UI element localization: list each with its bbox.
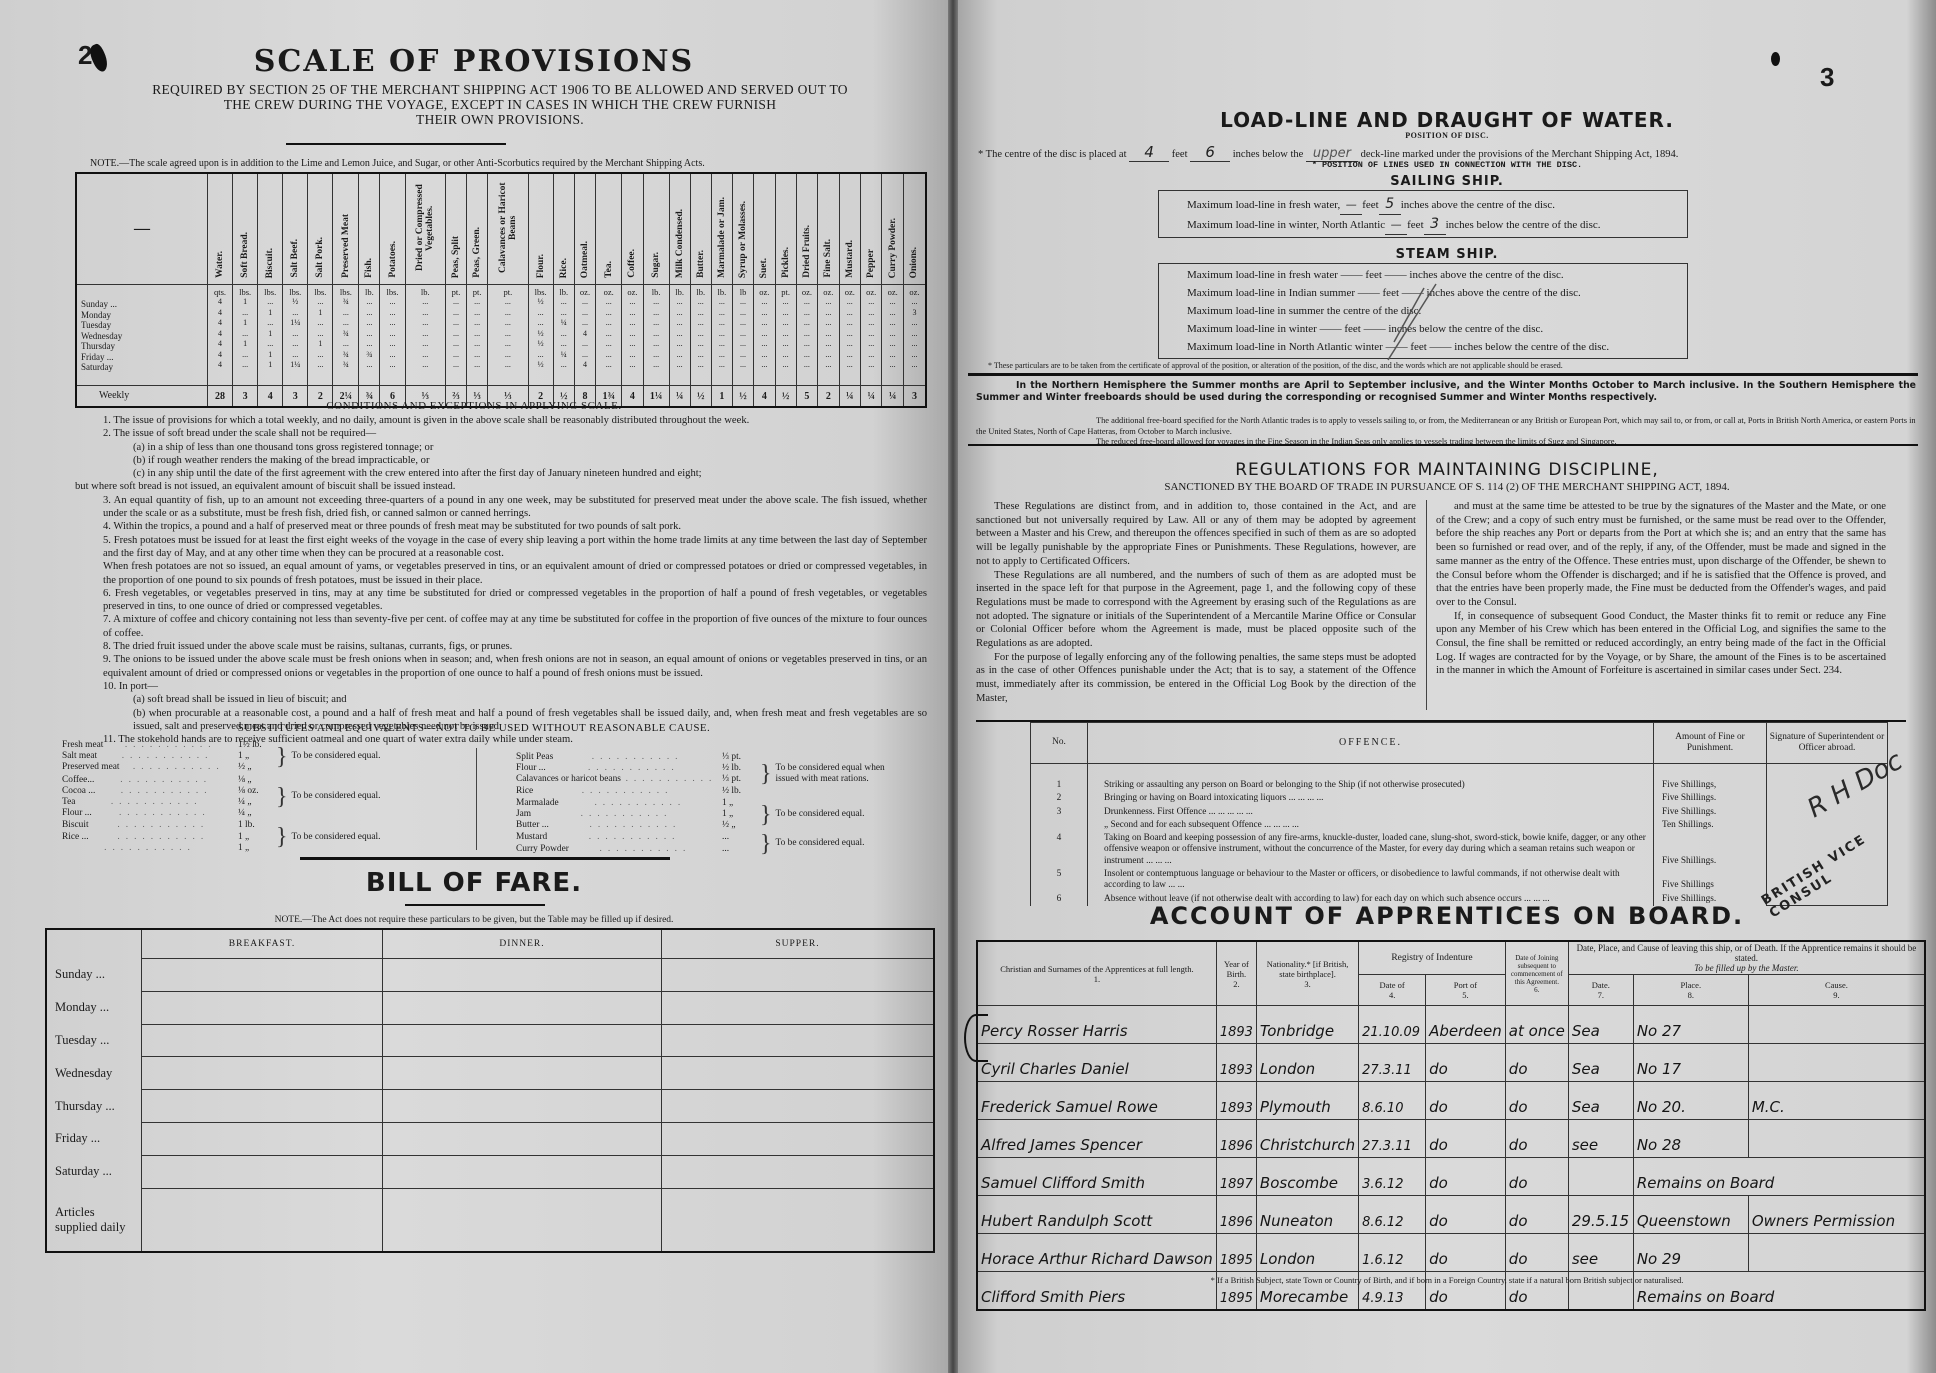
substitute-item: Split Peas...........⅓ pt. [516,752,756,763]
ration-value: 1 [258,360,282,371]
header-note: To be filled up by the Master. [1694,963,1798,973]
ration-value: ... [691,360,711,371]
offence-number: 5 [1031,868,1088,893]
bill-of-fare-title: BILL OF FARE. [0,868,948,898]
ration-value: 4 [208,297,232,308]
ration-value: ... [308,297,332,308]
ration-value: ... [406,360,445,371]
offence-number [1031,819,1088,832]
unit-label: lbs. [258,287,282,297]
condition-paragraph: 9. The onions to be issued under the abo… [75,653,927,680]
col-leaving: Date, Place, and Cause of leaving this s… [1568,941,1925,975]
apprentice-place: Queenstown [1633,1196,1748,1234]
column-label: Rice. [559,254,569,282]
apprentice-port: do [1426,1120,1506,1158]
unit-cell: oz...................... [861,285,882,386]
fare-day-label: Monday ... [46,991,142,1024]
header-number: 9. [1833,990,1839,1000]
col-offence: OFFENCE. [1088,723,1654,764]
header-text: Port of [1454,980,1477,990]
ration-value: ... [797,350,817,361]
brace: } [276,787,288,807]
column-label: Potatoes. [388,237,398,282]
regulation-paragraph: If, in consequence of subsequent Good Co… [1436,610,1886,679]
apprentices-body: Percy Rosser Harris1893Tonbridge21.10.09… [977,1006,1925,1311]
ration-value: ... [596,308,621,319]
apprentice-nationality: Boscombe [1256,1158,1358,1196]
fare-entry-cell[interactable] [142,1024,383,1057]
column-label: Butter. [696,246,706,282]
substitute-name: Butter ... [516,820,549,831]
ration-value: ... [596,360,621,371]
fare-entry-cell[interactable] [383,1123,662,1156]
ration-value: ... [488,297,527,308]
ration-value: ... [670,297,690,308]
ration-value: ... [861,350,881,361]
substitute-name: Cocoa ... [62,786,95,797]
unit-cell: oz...................... [796,285,817,386]
provisions-col-header: Salt Pork. [308,173,333,285]
leader-dots: ........... [97,751,238,762]
ration-value: ... [733,329,753,340]
fare-entry-cell[interactable] [142,1155,383,1188]
ration-value: ... [670,360,690,371]
ration-value: ... [882,360,902,371]
ration-value: ... [691,308,711,319]
unit-label: oz. [797,287,817,297]
substitute-name: Split Peas [516,752,553,763]
unit-cell: qts.4444444 [208,285,233,386]
ration-value: ... [467,350,487,361]
col-joining: Date of Joining subsequent to commenceme… [1505,941,1568,1006]
fare-entry-cell[interactable] [142,1123,383,1156]
unit-label: lbs. [380,287,404,297]
ration-value: ... [406,329,445,340]
bill-of-fare-table: BREAKFAST. DINNER. SUPPER. Sunday ...Mon… [45,928,935,1253]
unit-cell: oz...................... [818,285,839,386]
apprentice-cause [1748,1234,1925,1272]
ration-value: ... [691,350,711,361]
substitute-qty: ... [722,844,756,855]
offence-fine: Five Shillings. [1654,832,1767,868]
offence-table: No. OFFENCE. Amount of Fine or Punishmen… [1030,722,1888,906]
leader-dots: ........... [546,763,722,774]
fare-entry-cell[interactable] [383,991,662,1024]
ration-value: ... [691,329,711,340]
provisions-col-header: Milk Condensed. [669,173,690,285]
provisions-col-header: Rice. [553,173,574,285]
ration-value: ... [529,318,553,329]
header-text: Date. [1592,980,1610,990]
ration-value: ... [644,339,669,350]
apprentice-nationality: Nuneaton [1256,1196,1358,1234]
unit-cell: lbs...................... [380,285,405,386]
provisions-col-header: Preserved Meat [333,173,359,285]
bill-of-fare-note: NOTE.—The Act does not require these par… [0,915,948,925]
apprentice-nationality: Tonbridge [1256,1006,1358,1044]
leader-dots: ........... [621,774,722,785]
discipline-title: REGULATIONS FOR MAINTAINING DISCIPLINE, [958,460,1936,480]
row-text: inches above the centre of the disc. [1401,199,1555,211]
day-label: Sunday ... [81,299,207,310]
offence-number: 1 [1031,764,1088,793]
substitute-item: Biscuit...........1 lb. [62,820,272,831]
ration-value: ½ [283,297,307,308]
ration-value: ... [622,360,642,371]
fare-entry-cell[interactable] [383,1090,662,1123]
substitute-group: Mustard..............Curry Powder.......… [516,832,916,854]
fare-entry-cell[interactable] [662,1155,935,1188]
disc-text: deck-line marked under the provisions of… [1361,149,1679,160]
col-port-of: Port of5. [1426,975,1506,1006]
header-text: Date of Joining subsequent to commenceme… [1511,954,1563,986]
ration-value: ... [797,329,817,340]
apprentice-place: No 28 [1633,1120,1748,1158]
fare-entry-cell[interactable] [383,1024,662,1057]
apprentice-joining: do [1505,1120,1568,1158]
ration-value: ... [712,339,732,350]
condition-paragraph: 2. The issue of soft bread under the sca… [75,427,927,440]
header-text: Year of Birth. [1224,959,1249,979]
column-label: Soft Bread. [240,228,250,282]
ration-value: ... [712,360,732,371]
offence-row: 3Drunkenness. First Offence ... ... ... … [1031,806,1888,819]
substitute-name: Flour ... [62,808,92,819]
day-label: Saturday [81,362,207,373]
ration-value: ... [406,318,445,329]
apprentice-leave-date: Sea [1568,1006,1633,1044]
offence-text: Bringing or having on Board intoxicating… [1088,792,1654,805]
day-label: Monday [81,310,207,321]
apprentice-place: Remains on Board [1633,1158,1925,1196]
offence-body: 1Striking or assaulting any person on Bo… [1031,764,1888,906]
substitute-item: Jam...........1 „ [516,809,756,820]
apprentice-port: Aberdeen [1426,1006,1506,1044]
ration-value: ... [380,329,404,340]
ration-value: ... [754,297,774,308]
offence-fine: Five Shillings, [1654,764,1767,793]
provisions-col-header: Butter. [690,173,711,285]
substitute-item: Salt meat...........1 „ [62,751,272,762]
substitute-name: Biscuit [62,820,89,831]
ration-value: ... [233,308,257,319]
fare-entry-cell[interactable] [662,1057,935,1090]
fare-entry-cell[interactable] [662,1188,935,1252]
apprentice-row: Percy Rosser Harris1893Tonbridge21.10.09… [977,1006,1925,1044]
sailing-row: Maximum load-line in fresh water,—feet5i… [1187,195,1687,215]
offence-fine: Five Shillings. [1654,792,1767,805]
unit-label: lb. [670,287,690,297]
ration-value: ... [733,318,753,329]
substitute-name: Curry Powder [516,844,569,855]
substitute-items: Biscuit...........1 lb.Rice ............… [62,820,272,854]
apprentice-date: 27.3.11 [1359,1120,1426,1158]
apprentice-name: Hubert Randulph Scott [977,1196,1216,1234]
ration-value: ... [754,360,774,371]
apprentice-name: Horace Arthur Richard Dawson [977,1234,1216,1272]
provisions-col-header: Oatmeal. [574,173,595,285]
fare-entry-cell[interactable] [142,1188,383,1252]
substitute-note: To be considered equal. [776,809,906,820]
ration-value: ... [670,318,690,329]
substitute-qty: 1 lb. [238,820,272,831]
ration-value: ... [754,308,774,319]
apprentice-place: No 29 [1633,1234,1748,1272]
apprentice-joining: do [1505,1044,1568,1082]
unit-label: lbs. [233,287,257,297]
ration-value: ... [446,318,466,329]
ration-value: ... [233,360,257,371]
ration-value: 1¼ [283,318,307,329]
substitute-item: Rice...........½ lb. [516,786,756,797]
ration-value: ... [818,297,838,308]
header-text: Cause. [1825,980,1848,990]
fare-entry-cell[interactable] [142,959,383,992]
fare-entry-cell[interactable] [662,1123,935,1156]
fare-body: Sunday ...Monday ...Tuesday ...Wednesday… [46,959,934,1253]
divider [968,444,1918,446]
substitute-group: Fresh meat...........1½ lb.Salt meat....… [62,740,452,774]
ration-value: 1 [258,308,282,319]
apprentice-date: 1.6.12 [1359,1234,1426,1272]
unit-cell: lb................¾... [359,285,380,386]
ration-value: ... [818,350,838,361]
condition-paragraph: but where soft bread is not issued, an e… [75,480,927,493]
divider [476,748,477,850]
row-text: Maximum load-line in winter, North Atlan… [1187,219,1385,231]
regulation-paragraph: These Regulations are all numbered, and … [976,569,1416,651]
fare-row: Friday ... [46,1123,934,1156]
unit-cell: pt...................... [467,285,488,386]
provisions-col-header: Calavances or Haricot Beans [488,173,528,285]
apprentice-name: Cyril Charles Daniel [977,1044,1216,1082]
provisions-header-row: — Water.Soft Bread.Biscuit.Salt Beef.Sal… [76,173,926,285]
steam-ship-box: Maximum load-line in fresh water —— feet… [1158,263,1688,359]
fare-entry-cell[interactable] [662,959,935,992]
provisions-col-header: Flour. [528,173,553,285]
substitute-name: Flour ... [516,763,546,774]
ration-value: ... [840,297,860,308]
ration-value: ... [554,329,574,340]
ration-value: ... [882,318,902,329]
load-line-footnote: * These particulars are to be taken from… [988,361,1563,370]
load-line-title: LOAD-LINE AND DRAUGHT OF WATER. [958,108,1936,132]
unit-label: oz. [882,287,902,297]
ration-value: 4 [208,350,232,361]
substitute-item: Mustard.............. [516,832,756,843]
ration-value: ... [776,360,796,371]
apprentice-row: Alfred James Spencer1896Christchurch27.3… [977,1120,1925,1158]
ration-value: ... [446,308,466,319]
ration-value: ... [776,318,796,329]
ration-value: ... [776,308,796,319]
ration-value: ... [818,308,838,319]
substitute-qty: ½ lb. [722,786,756,797]
fare-entry-cell[interactable] [383,1155,662,1188]
ration-value: ... [712,329,732,340]
condition-paragraph: 6. Fresh vegetables, or vegetables prese… [75,587,927,614]
substitute-note: To be considered equal. [776,838,906,849]
substitute-note: To be considered equal. [292,791,422,802]
apprentice-joining: do [1505,1158,1568,1196]
provisions-col-header: Fish. [359,173,380,285]
ration-value: ... [575,350,595,361]
substitute-qty: 1½ lb. [238,740,272,751]
fare-day-label: Saturday ... [46,1155,142,1188]
header-text: Christian and Surnames of the Apprentice… [1000,964,1193,974]
fare-entry-cell[interactable] [662,991,935,1024]
apprentice-joining: do [1505,1234,1568,1272]
unit-cell: pt...................... [775,285,796,386]
ration-value: ... [644,297,669,308]
apprentice-year: 1896 [1216,1120,1256,1158]
ration-value: 4 [575,329,595,340]
substitute-qty: ⅓ pt. [722,774,756,785]
offence-row: 2Bringing or having on Board intoxicatin… [1031,792,1888,805]
unit-label: pt. [488,287,527,297]
column-label: Biscuit. [265,244,275,282]
discipline-column-1: These Regulations are distinct from, and… [976,500,1416,706]
substitute-qty: 1 „ [238,751,272,762]
ration-value: ... [776,329,796,340]
unit-label: oz. [861,287,881,297]
ration-value: ... [776,350,796,361]
substitute-item: Marmalade...........1 „ [516,798,756,809]
column-label: Curry Powder. [888,214,898,282]
ration-value: ... [754,339,774,350]
column-label: Salt Beef. [290,235,300,282]
fare-entry-cell[interactable] [142,991,383,1024]
column-label: Marmalade or Jam. [717,193,727,282]
fare-entry-cell[interactable] [142,1057,383,1090]
apprentice-date: 8.6.10 [1359,1082,1426,1120]
ration-value: ... [467,308,487,319]
apprentice-leave-date: see [1568,1120,1633,1158]
ration-value: ... [904,329,925,340]
condition-paragraph: 10. In port— [75,680,927,693]
header-number: 8. [1688,990,1694,1000]
ration-value: ... [797,297,817,308]
fare-entry-cell[interactable] [383,1188,662,1252]
substitute-item: Rice ..............1 „ [62,832,272,843]
apprentice-place: No 17 [1633,1044,1748,1082]
substitutes-heading: SUBSTITUTES AND EQUIVALENTS—NOT TO BE US… [0,722,948,734]
substitute-item: Cocoa ..............⅛ oz. [62,786,272,797]
fare-entry-cell[interactable] [662,1024,935,1057]
fare-row: Articles supplied daily [46,1188,934,1252]
fare-entry-cell[interactable] [142,1090,383,1123]
apprentice-joining: do [1505,1196,1568,1234]
provisions-body: Sunday ...MondayTuesdayWednesdayThursday… [76,285,926,408]
fare-day-label: Sunday ... [46,959,142,992]
column-label: Flour. [536,250,546,282]
unit-cell: lb...................... [669,285,690,386]
unit-cell: oz...................... [596,285,622,386]
substitute-items: Split Peas...........⅓ pt.Flour ........… [516,752,756,797]
divider [405,904,545,906]
ration-value: ... [446,339,466,350]
ration-value: 1 [233,318,257,329]
units-row: Sunday ...MondayTuesdayWednesdayThursday… [76,285,926,386]
substitutes-right: Split Peas...........⅓ pt.Flour ........… [516,752,916,856]
fare-corner [46,929,142,959]
ration-value: ... [818,360,838,371]
ration-value: ... [904,350,925,361]
column-label: Water. [215,247,225,282]
fare-entry-cell[interactable] [662,1090,935,1123]
substitute-name: Rice [516,786,533,797]
disc-text: feet [1172,149,1188,160]
ration-value: ... [596,339,621,350]
ration-value: ... [575,297,595,308]
apprentice-leave-date: see [1568,1234,1633,1272]
column-label: Dried or Compressed Vegetables. [415,174,435,282]
ration-value: ... [670,350,690,361]
ration-value: ... [446,360,466,371]
unit-label: lb. [712,287,732,297]
leader-dots: ........... [95,786,238,797]
apprentice-year: 1897 [1216,1158,1256,1196]
ration-value: ... [359,318,379,329]
provisions-col-header: Salt Beef. [283,173,308,285]
ration-value: ... [882,339,902,350]
unit-label: pt. [776,287,796,297]
ration-value: ... [380,308,404,319]
fare-entry-cell[interactable] [383,959,662,992]
substitute-name: Jam [516,809,531,820]
ration-value: ... [283,308,307,319]
unit-cell: lbs....1......1...... [308,285,333,386]
provisions-col-header: Coffee. [622,173,643,285]
unit-label: lbs. [283,287,307,297]
apprentice-year: 1896 [1216,1196,1256,1234]
substitute-group: Biscuit...........1 lb.Rice ............… [62,820,452,854]
ration-value: ... [754,329,774,340]
ration-value: 1 [233,339,257,350]
column-label: Sugar. [651,248,661,282]
apprentice-row: Cyril Charles Daniel1893London27.3.11dod… [977,1044,1925,1082]
ration-value: ... [622,297,642,308]
unit-cell: lbs.½......½½...½ [528,285,553,386]
ration-value: ... [644,360,669,371]
discipline-column-2: and must at the same time be attested to… [1436,500,1886,678]
fare-entry-cell[interactable] [383,1057,662,1090]
ration-value: ... [797,360,817,371]
ration-value: ... [904,339,925,350]
ration-value: ... [258,297,282,308]
ration-value: ... [776,297,796,308]
day-label: Wednesday [81,331,207,342]
substitute-name: Calavances or haricot beans [516,774,621,785]
apprentice-date: 21.10.09 [1359,1006,1426,1044]
fare-row: Saturday ... [46,1155,934,1188]
ration-value: ... [283,350,307,361]
ration-value: ... [818,329,838,340]
apprentice-port: do [1426,1082,1506,1120]
fare-col-dinner: DINNER. [383,929,662,959]
brace: } [276,747,288,767]
ration-value: ... [467,297,487,308]
discipline-subtitle: SANCTIONED BY THE BOARD OF TRADE IN PURS… [958,481,1936,493]
ration-value: ... [554,308,574,319]
provisions-note: NOTE.—The scale agreed upon is in additi… [90,158,705,169]
leader-dots: ........... [120,762,238,773]
substitute-qty: ½ „ [722,820,756,831]
ration-value: ... [596,297,621,308]
ration-value: ... [380,297,404,308]
column-label: Pepper [866,245,876,282]
ration-value: ... [797,308,817,319]
